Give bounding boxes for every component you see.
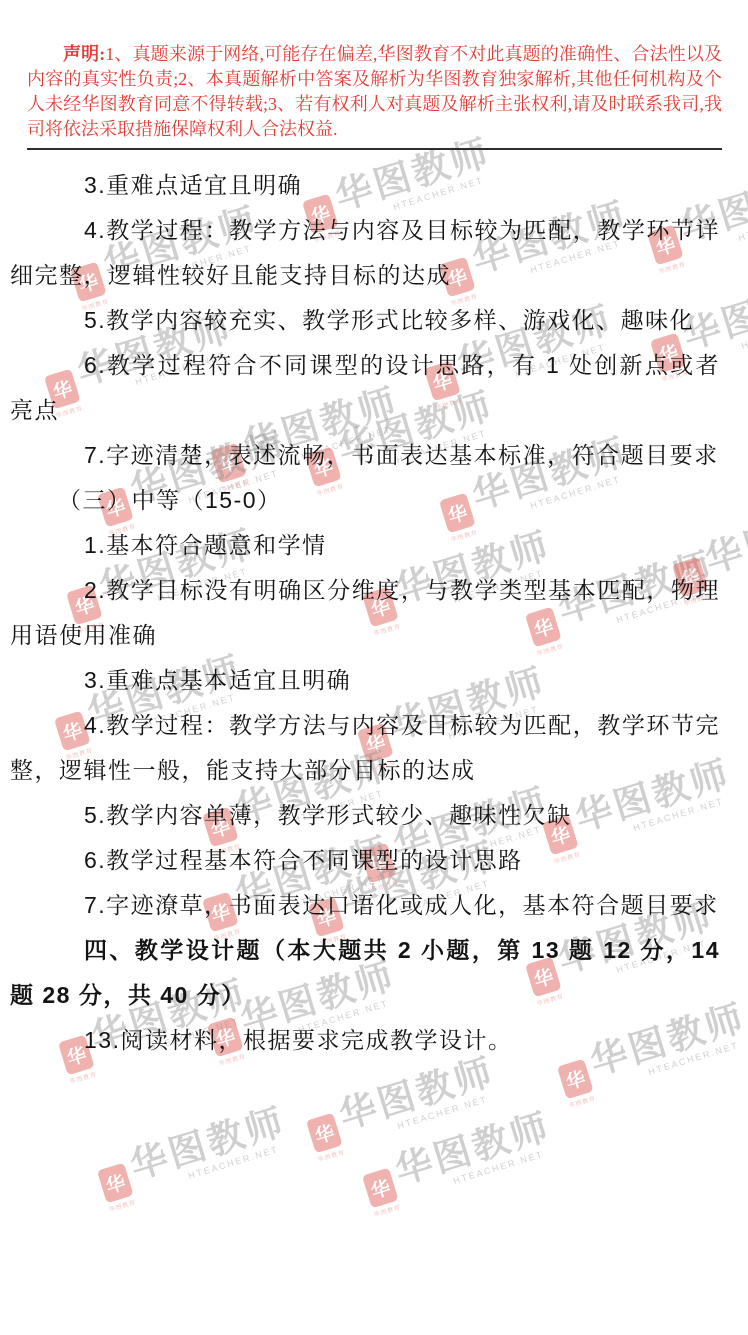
paragraph: 7.字迹清楚，表述流畅，书面表达基本标准，符合题目要求 bbox=[10, 433, 720, 478]
huatu-logo-icon: 华华图教育 bbox=[362, 1168, 402, 1219]
watermark: 华华图教育华图教师HTEACHER.NET bbox=[101, 1154, 295, 1211]
document-body: 3.重难点适宜且明确4.教学过程：教学方法与内容及目标较为匹配，教学环节详细完整… bbox=[10, 163, 720, 1063]
huatu-logo-caption: 华图教育 bbox=[372, 1202, 401, 1219]
watermark-caption-text: HTEACHER.NET bbox=[452, 1145, 558, 1186]
huatu-logo-glyph: 华 bbox=[557, 1059, 594, 1100]
paragraph: 7.字迹潦草，书面表达口语化或成人化，基本符合题目要求 bbox=[10, 883, 720, 928]
paragraph: 2.教学目标没有明确区分维度，与教学类型基本匹配，物理用语使用准确 bbox=[10, 568, 720, 658]
huatu-logo-caption: 华图教育 bbox=[567, 1093, 596, 1110]
disclaimer-notice: 声明:1、真题来源于网络,可能存在偏差,华图教育不对此真题的准确性、合法性以及内… bbox=[27, 42, 722, 150]
paragraph: 5.教学内容单薄，教学形式较少、趣味性欠缺 bbox=[10, 793, 720, 838]
watermark-caption-text: HTEACHER.NET bbox=[187, 1140, 293, 1181]
watermark-caption-text: HTEACHER.NET bbox=[396, 1090, 502, 1131]
paragraph: （三）中等（15-0） bbox=[10, 478, 720, 523]
watermark-brand-text: 华图教师 bbox=[335, 1053, 499, 1137]
paragraph: 6.教学过程符合不同课型的设计思路，有 1 处创新点或者亮点 bbox=[10, 343, 720, 433]
huatu-logo-icon: 华华图教育 bbox=[306, 1113, 346, 1164]
paragraph: 四、教学设计题（本大题共 2 小题，第 13 题 12 分，14 题 28 分，… bbox=[10, 928, 720, 1018]
huatu-logo-glyph: 华 bbox=[306, 1113, 343, 1154]
disclaimer-text: 1、真题来源于网络,可能存在偏差,华图教育不对此真题的准确性、合法性以及内容的真… bbox=[27, 44, 722, 139]
huatu-logo-caption: 华图教育 bbox=[316, 1147, 345, 1164]
huatu-logo-glyph: 华 bbox=[362, 1168, 399, 1209]
paragraph: 13.阅读材料，根据要求完成教学设计。 bbox=[10, 1018, 720, 1063]
paragraph: 4.教学过程：教学方法与内容及目标较为匹配，教学环节完整，逻辑性一般，能支持大部… bbox=[10, 703, 720, 793]
page-content: 声明:1、真题来源于网络,可能存在偏差,华图教育不对此真题的准确性、合法性以及内… bbox=[0, 0, 748, 1063]
huatu-logo-glyph: 华 bbox=[97, 1163, 134, 1204]
huatu-logo-icon: 华华图教育 bbox=[97, 1163, 137, 1214]
disclaimer-label: 声明: bbox=[63, 44, 105, 64]
watermark-brand-text: 华图教师 bbox=[391, 1108, 555, 1192]
huatu-logo-caption: 华图教育 bbox=[68, 1069, 97, 1086]
watermark-brand-text: 华图教师 bbox=[126, 1103, 290, 1187]
huatu-logo-caption: 华图教育 bbox=[107, 1197, 136, 1214]
huatu-logo-icon: 华华图教育 bbox=[557, 1059, 597, 1110]
paragraph: 6.教学过程基本符合不同课型的设计思路 bbox=[10, 838, 720, 883]
paragraph: 3.重难点基本适宜且明确 bbox=[10, 658, 720, 703]
document-page: 华华图教育华图教师HTEACHER.NET华华图教育华图教师HTEACHER.N… bbox=[0, 0, 748, 1335]
watermark: 华华图教育华图教师HTEACHER.NET bbox=[366, 1159, 560, 1216]
paragraph: 3.重难点适宜且明确 bbox=[10, 163, 720, 208]
watermark: 华华图教育华图教师HTEACHER.NET bbox=[310, 1104, 504, 1161]
paragraph: 1.基本符合题意和学情 bbox=[10, 523, 720, 568]
paragraph: 5.教学内容较充实、教学形式比较多样、游戏化、趣味化 bbox=[10, 298, 720, 343]
paragraph: 4.教学过程：教学方法与内容及目标较为匹配，教学环节详细完整，逻辑性较好且能支持… bbox=[10, 208, 720, 298]
